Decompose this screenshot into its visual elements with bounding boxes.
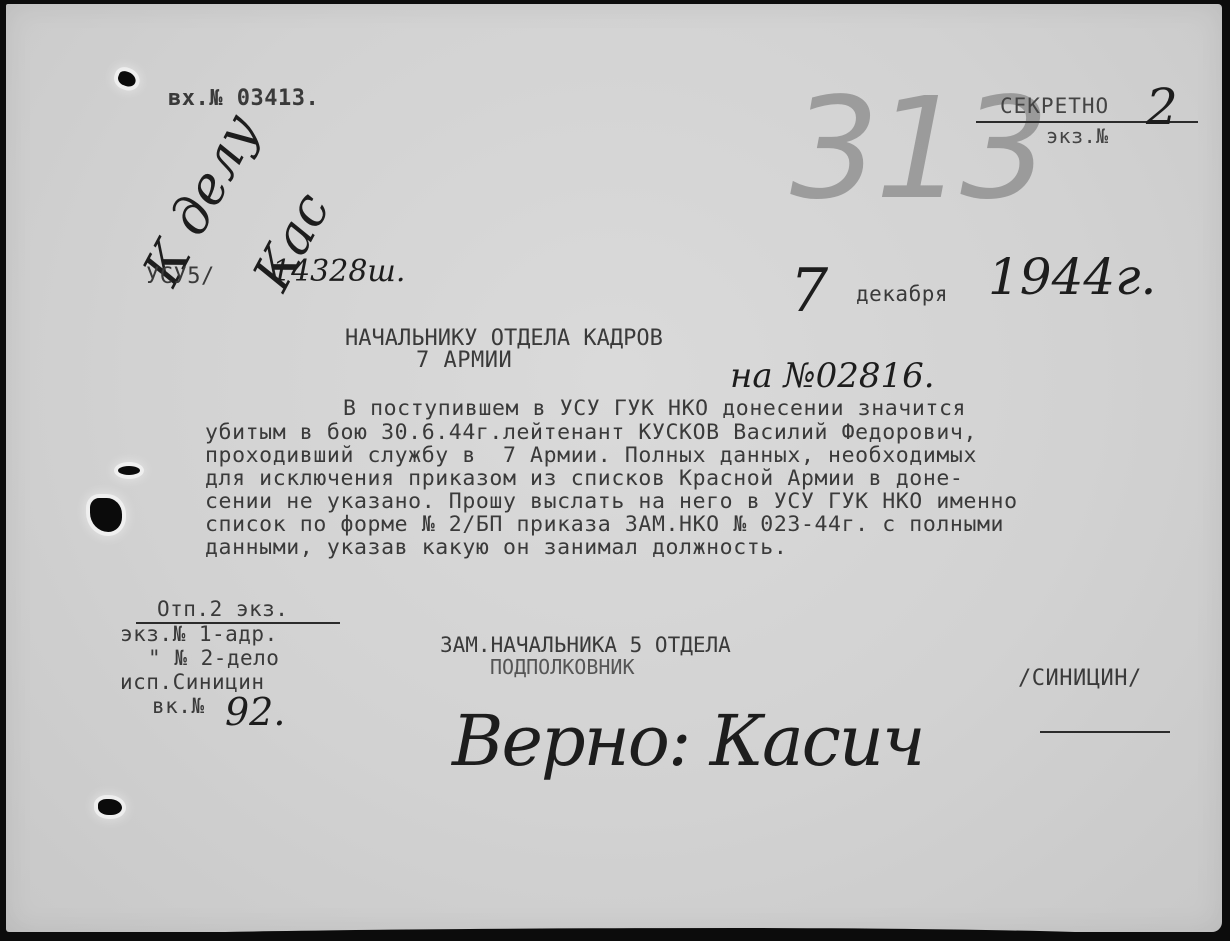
copy-label: экз.№	[1046, 124, 1109, 148]
body-line: данными, указав какую он занимал должнос…	[205, 535, 787, 560]
signatory-rank: ПОДПОЛКОВНИК	[490, 655, 635, 679]
reply-reference-handwritten: на №02816.	[730, 356, 935, 396]
body-line: для исключения приказом из списков Красн…	[205, 466, 963, 491]
body-line: сении не указано. Прошу выслать на него …	[205, 489, 1018, 514]
distribution-copies: Отп.2 экз.	[157, 597, 288, 621]
reference-prefix: УСУ5/	[146, 264, 215, 289]
signature-line	[1040, 731, 1170, 733]
addressee-line-2: 7 АРМИИ	[416, 348, 512, 373]
punch-hole-middle-small	[118, 466, 140, 475]
incoming-number: вх.№ 03413.	[168, 86, 319, 111]
distribution-copy-1: экз.№ 1-адр.	[120, 622, 278, 646]
classification-stamp: СЕКРЕТНО	[1000, 94, 1109, 118]
body-line: проходивший службу в 7 Армии. Полных дан…	[205, 443, 977, 468]
body-line: список по форме № 2/БП приказа ЗАМ.НКО №…	[205, 512, 1004, 537]
body-line: убитым в бою 30.6.44г.лейтенант КУСКОВ В…	[205, 420, 977, 445]
distribution-copy-2: " № 2-дело	[148, 646, 279, 670]
copy-number-handwritten: 2	[1146, 78, 1178, 136]
pencil-mark: 313	[790, 68, 1045, 231]
signatory-name: /СИНИЦИН/	[1018, 666, 1142, 691]
body-line: В поступившем в УСУ ГУК НКО донесении зн…	[343, 396, 966, 421]
distribution-outgoing-number: 92.	[225, 690, 285, 734]
date-day: 7	[790, 256, 828, 326]
reference-number-handwritten: 14328ш.	[272, 254, 405, 289]
signatory-title: ЗАМ.НАЧАЛЬНИКА 5 ОТДЕЛА	[440, 633, 731, 657]
distribution-outgoing-label: вк.№	[152, 694, 205, 718]
punch-hole-bottom	[98, 799, 122, 815]
date-month: декабря	[856, 282, 948, 306]
punch-hole-middle	[90, 498, 122, 532]
handwritten-certification: Верно: Касич	[452, 700, 924, 782]
date-year: 1944г.	[988, 248, 1156, 306]
punch-hole-top	[116, 69, 138, 88]
